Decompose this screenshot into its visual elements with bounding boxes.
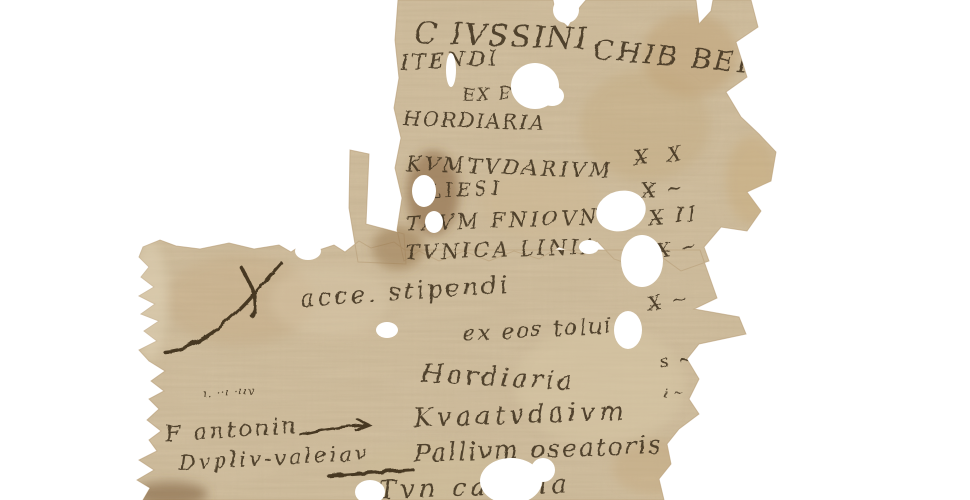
tear-hole	[295, 242, 321, 260]
papyrus-text-line: i ~	[663, 386, 685, 401]
papyrus-text-line: LIESI	[426, 176, 503, 202]
tear-hole	[425, 211, 443, 233]
papyrus-photo: C IVSSINICHIB BERIITENDIEX EOSHORDIARIAK…	[0, 0, 970, 500]
papyrus-text-line: X̶ II	[644, 201, 698, 229]
papyrus-fragment-image: C IVSSINICHIB BERIITENDIEX EOSHORDIARIAK…	[0, 0, 970, 500]
tear-hole	[621, 235, 663, 287]
tear-hole	[540, 86, 564, 106]
papyrus-text-line: ı. ··ı ·ııv	[201, 383, 254, 399]
papyrus-text-line: X̶ ~	[637, 174, 684, 202]
tear-hole	[579, 240, 599, 254]
tear-hole	[446, 53, 456, 87]
tear-hole	[531, 458, 555, 482]
tear-hole	[412, 175, 436, 207]
papyrus-text-line: X̶ X	[629, 140, 687, 169]
tear-hole	[614, 311, 642, 349]
papyrus-text-line: HORDIARIA	[401, 105, 545, 134]
papyrus-text-line: s ~	[658, 348, 694, 371]
tear-hole	[376, 322, 398, 338]
